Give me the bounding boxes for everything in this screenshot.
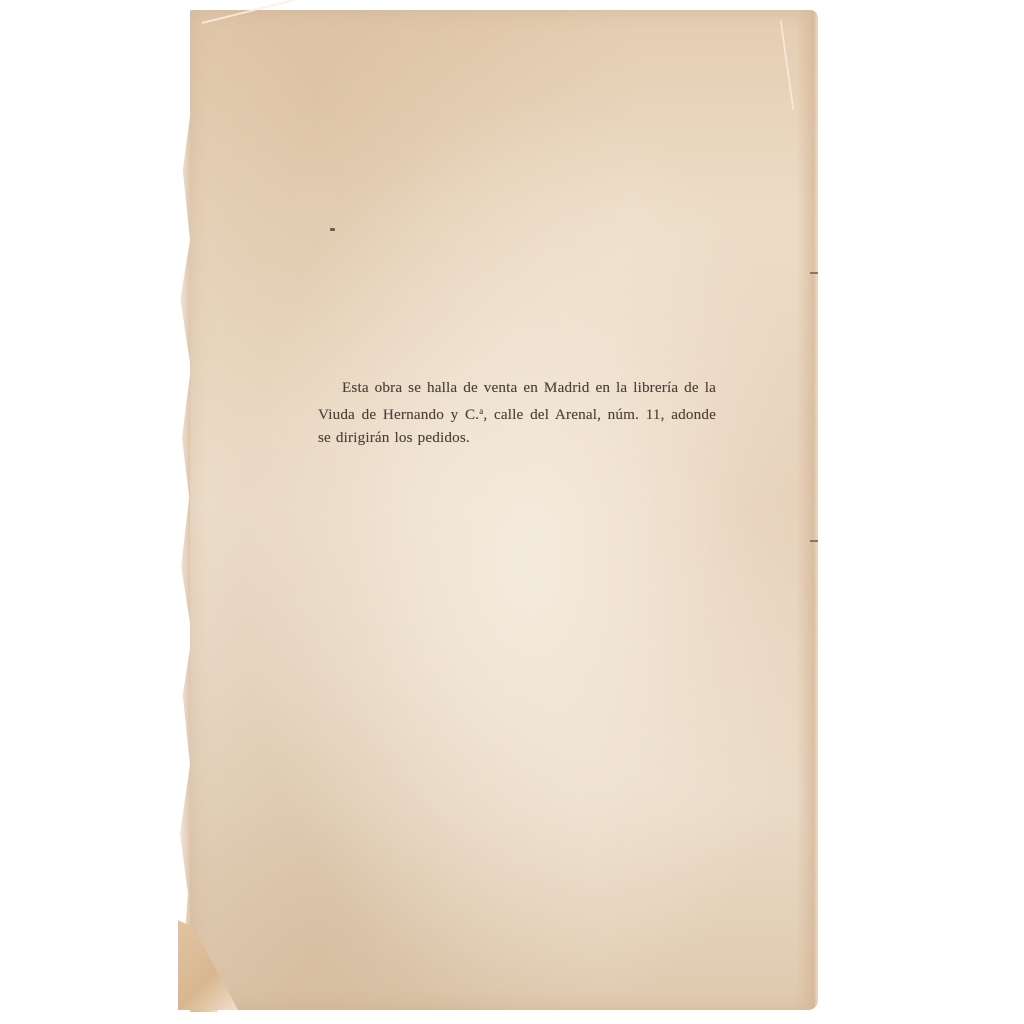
notice-paragraph: Esta obra se halla de venta en Madrid en… <box>318 376 716 450</box>
notice-line: , calle <box>483 406 523 423</box>
notice-line: pedidos. <box>418 429 470 446</box>
ink-speck <box>330 228 335 231</box>
page-right-edge <box>796 10 818 1010</box>
edge-nick <box>810 272 818 274</box>
edge-nick <box>810 540 818 542</box>
folded-corner <box>178 920 238 1010</box>
paper-crease <box>780 20 795 109</box>
notice-line: Esta obra se halla de venta en Madrid en… <box>342 379 627 396</box>
paper-crease <box>202 0 387 24</box>
publisher-notice: Esta obra se halla de venta en Madrid en… <box>318 376 716 450</box>
photo-scene: Esta obra se halla de venta en Madrid en… <box>0 0 1024 1024</box>
book-page: Esta obra se halla de venta en Madrid en… <box>190 10 818 1010</box>
